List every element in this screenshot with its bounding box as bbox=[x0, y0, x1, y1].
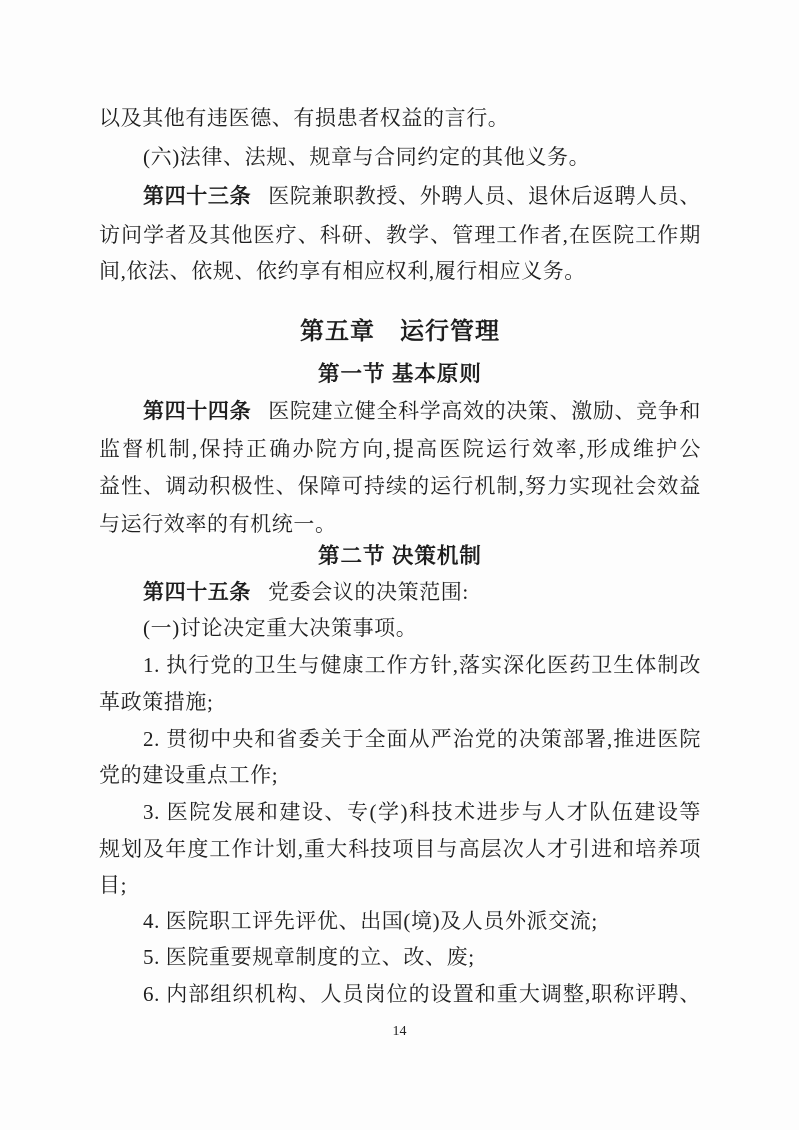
body-text-line: 党的建设重点工作; bbox=[99, 760, 701, 790]
body-text-line: 规划及年度工作计划,重大科技项目与高层次人才引进和培养项 bbox=[99, 834, 701, 864]
list-item-line: 5. 医院重要规章制度的立、改、废; bbox=[143, 942, 701, 972]
section-heading-1: 第一节 基本原则 bbox=[99, 359, 701, 389]
body-text-line: 目; bbox=[99, 870, 701, 900]
body-text-line: 益性、调动积极性、保障可持续的运行机制,努力实现社会效益 bbox=[99, 471, 701, 501]
article-number: 第四十三条 bbox=[143, 185, 251, 208]
article-number: 第四十四条 bbox=[143, 400, 251, 423]
article-text: 党委会议的决策范围: bbox=[268, 580, 469, 604]
page-number: 14 bbox=[0, 1024, 799, 1040]
article-line-43: 第四十三条医院兼职教授、外聘人员、退休后返聘人员、 bbox=[143, 181, 701, 212]
list-item-line: 3. 医院发展和建设、专(学)科技术进步与人才队伍建设等 bbox=[143, 797, 701, 827]
body-text-line: 间,依法、依规、依约享有相应权利,履行相应义务。 bbox=[99, 256, 701, 286]
body-text-line: 以及其他有违医德、有损患者权益的言行。 bbox=[99, 103, 701, 133]
document-page: 以及其他有违医德、有损患者权益的言行。 (六)法律、法规、规章与合同约定的其他义… bbox=[0, 0, 799, 1130]
body-text-line: 革政策措施; bbox=[99, 687, 701, 717]
body-text-line: 监督机制,保持正确办院方向,提高医院运行效率,形成维护公 bbox=[99, 434, 701, 464]
list-item-line: 2. 贯彻中央和省委关于全面从严治党的决策部署,推进医院 bbox=[143, 724, 701, 754]
list-item-line: 6. 内部组织机构、人员岗位的设置和重大调整,职称评聘、 bbox=[143, 979, 701, 1009]
article-text: 医院兼职教授、外聘人员、退休后返聘人员、 bbox=[268, 184, 701, 208]
body-text-line: 访问学者及其他医疗、科研、教学、管理工作者,在医院工作期 bbox=[99, 220, 701, 250]
article-line-45: 第四十五条党委会议的决策范围: bbox=[143, 577, 701, 608]
chapter-heading: 第五章 运行管理 bbox=[99, 317, 701, 347]
article-text: 医院建立健全科学高效的决策、激励、竞争和 bbox=[268, 399, 701, 423]
section-heading-2: 第二节 决策机制 bbox=[99, 541, 701, 571]
body-text-line: (六)法律、法规、规章与合同约定的其他义务。 bbox=[143, 142, 701, 172]
article-line-44: 第四十四条医院建立健全科学高效的决策、激励、竞争和 bbox=[143, 396, 701, 427]
article-number: 第四十五条 bbox=[143, 581, 251, 604]
list-item-line: 4. 医院职工评先评优、出国(境)及人员外派交流; bbox=[143, 906, 701, 936]
body-text-line: (一)讨论决定重大决策事项。 bbox=[143, 613, 701, 643]
list-item-line: 1. 执行党的卫生与健康工作方针,落实深化医药卫生体制改 bbox=[143, 650, 701, 680]
body-text-line: 与运行效率的有机统一。 bbox=[99, 509, 701, 539]
